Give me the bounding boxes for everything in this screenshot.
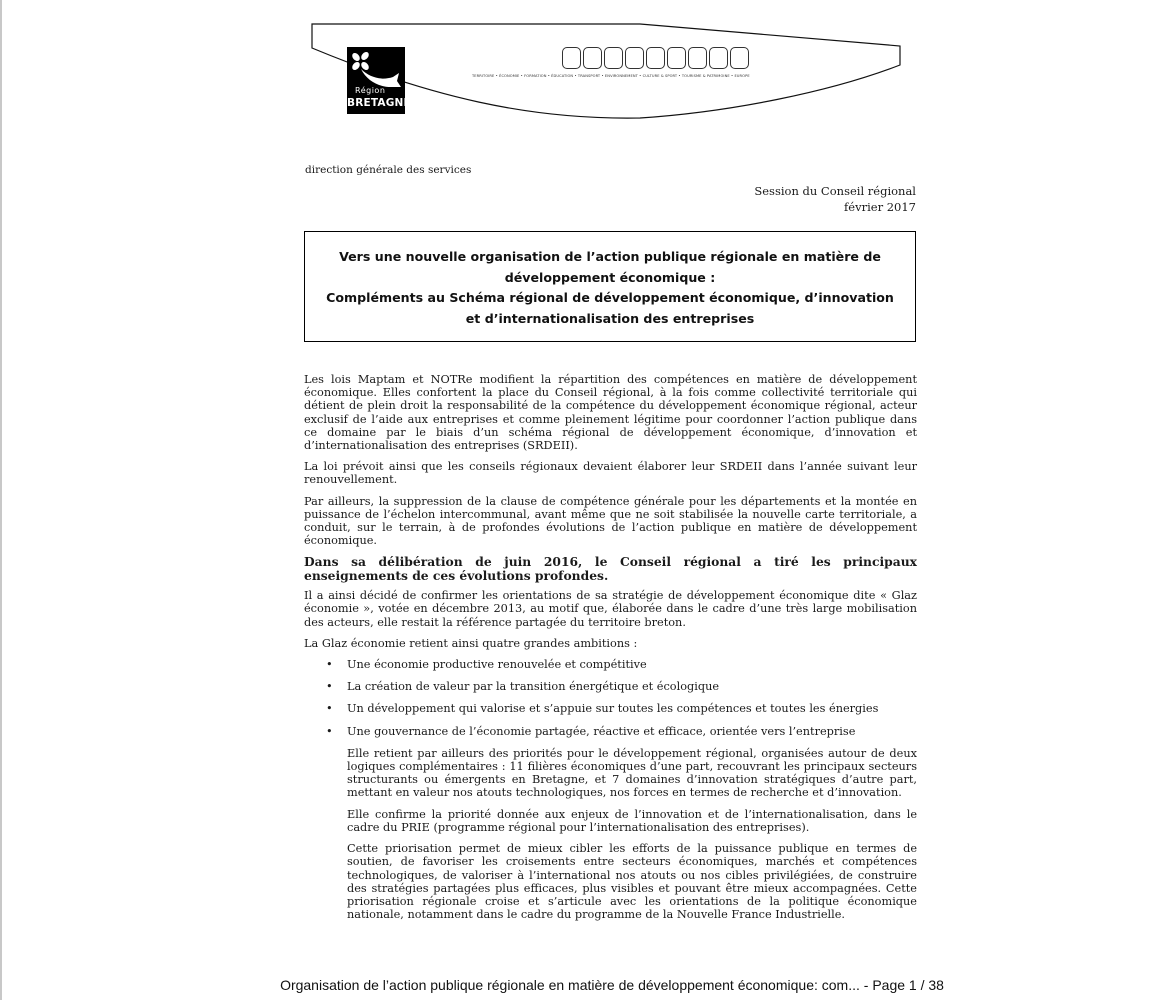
department-label: direction générale des services xyxy=(305,164,471,176)
ambitions-list: •Une économie productive renouvelée et c… xyxy=(304,658,917,738)
list-item: •La création de valeur par la transition… xyxy=(304,680,917,693)
document-title-box: Vers une nouvelle organisation de l’acti… xyxy=(304,231,916,342)
page-footer: Organisation de l’action publique région… xyxy=(0,977,1152,993)
title-line: et d’internationalisation des entreprise… xyxy=(305,309,915,330)
theme-icon-box xyxy=(646,47,665,69)
title-line: développement économique : xyxy=(305,268,915,289)
theme-icon-box xyxy=(709,47,728,69)
list-item: •Une économie productive renouvelée et c… xyxy=(304,658,917,671)
bullet-icon: • xyxy=(326,702,333,715)
theme-icon-box xyxy=(625,47,644,69)
theme-icon-row xyxy=(562,47,749,69)
session-date: février 2017 xyxy=(754,199,916,215)
logo-region-text: Région xyxy=(355,86,385,95)
region-bretagne-logo: Région BRETAGNE xyxy=(347,47,405,114)
theme-icon-box xyxy=(583,47,602,69)
viewer-left-border xyxy=(0,0,2,1000)
logo-bretagne-text: BRETAGNE xyxy=(347,97,405,109)
list-item-text: La création de valeur par la transition … xyxy=(347,680,719,693)
theme-icon-box xyxy=(667,47,686,69)
hermine-flower-icon xyxy=(347,47,405,91)
paragraph: La Glaz économie retient ainsi quatre gr… xyxy=(304,637,917,650)
theme-icon-box xyxy=(688,47,707,69)
paragraph: Cette priorisation permet de mieux cible… xyxy=(347,842,917,921)
paragraph: Les lois Maptam et NOTRe modifient la ré… xyxy=(304,373,917,452)
paragraph: Il a ainsi décidé de confirmer les orien… xyxy=(304,589,917,629)
list-item-text: Une économie productive renouvelée et co… xyxy=(347,658,647,671)
title-line: Compléments au Schéma régional de dévelo… xyxy=(305,288,915,309)
paragraph: Par ailleurs, la suppression de la claus… xyxy=(304,495,917,548)
list-item: •Une gouvernance de l’économie partagée,… xyxy=(304,725,917,738)
banner-tagline: TERRITOIRE • ÉCONOMIE • FORMATION • ÉDUC… xyxy=(472,74,762,78)
list-item: •Un développement qui valorise et s’appu… xyxy=(304,702,917,715)
paragraph: Elle confirme la priorité donnée aux enj… xyxy=(347,808,917,834)
title-line: Vers une nouvelle organisation de l’acti… xyxy=(305,247,915,268)
bullet-icon: • xyxy=(326,725,333,738)
paragraph: La loi prévoit ainsi que les conseils ré… xyxy=(304,460,917,486)
session-title: Session du Conseil régional xyxy=(754,183,916,199)
bullet-icon: • xyxy=(326,680,333,693)
theme-icon-box xyxy=(562,47,581,69)
theme-icon-box xyxy=(730,47,749,69)
indented-section: Elle retient par ailleurs des priorités … xyxy=(304,747,917,921)
paragraph: Elle retient par ailleurs des priorités … xyxy=(347,747,917,800)
document-body: Les lois Maptam et NOTRe modifient la ré… xyxy=(304,373,917,929)
bold-paragraph: Dans sa délibération de juin 2016, le Co… xyxy=(304,555,917,582)
list-item-text: Un développement qui valorise et s’appui… xyxy=(347,702,878,715)
list-item-text: Une gouvernance de l’économie partagée, … xyxy=(347,725,855,738)
theme-icon-box xyxy=(604,47,623,69)
bullet-icon: • xyxy=(326,658,333,671)
session-info: Session du Conseil régional février 2017 xyxy=(754,183,916,215)
